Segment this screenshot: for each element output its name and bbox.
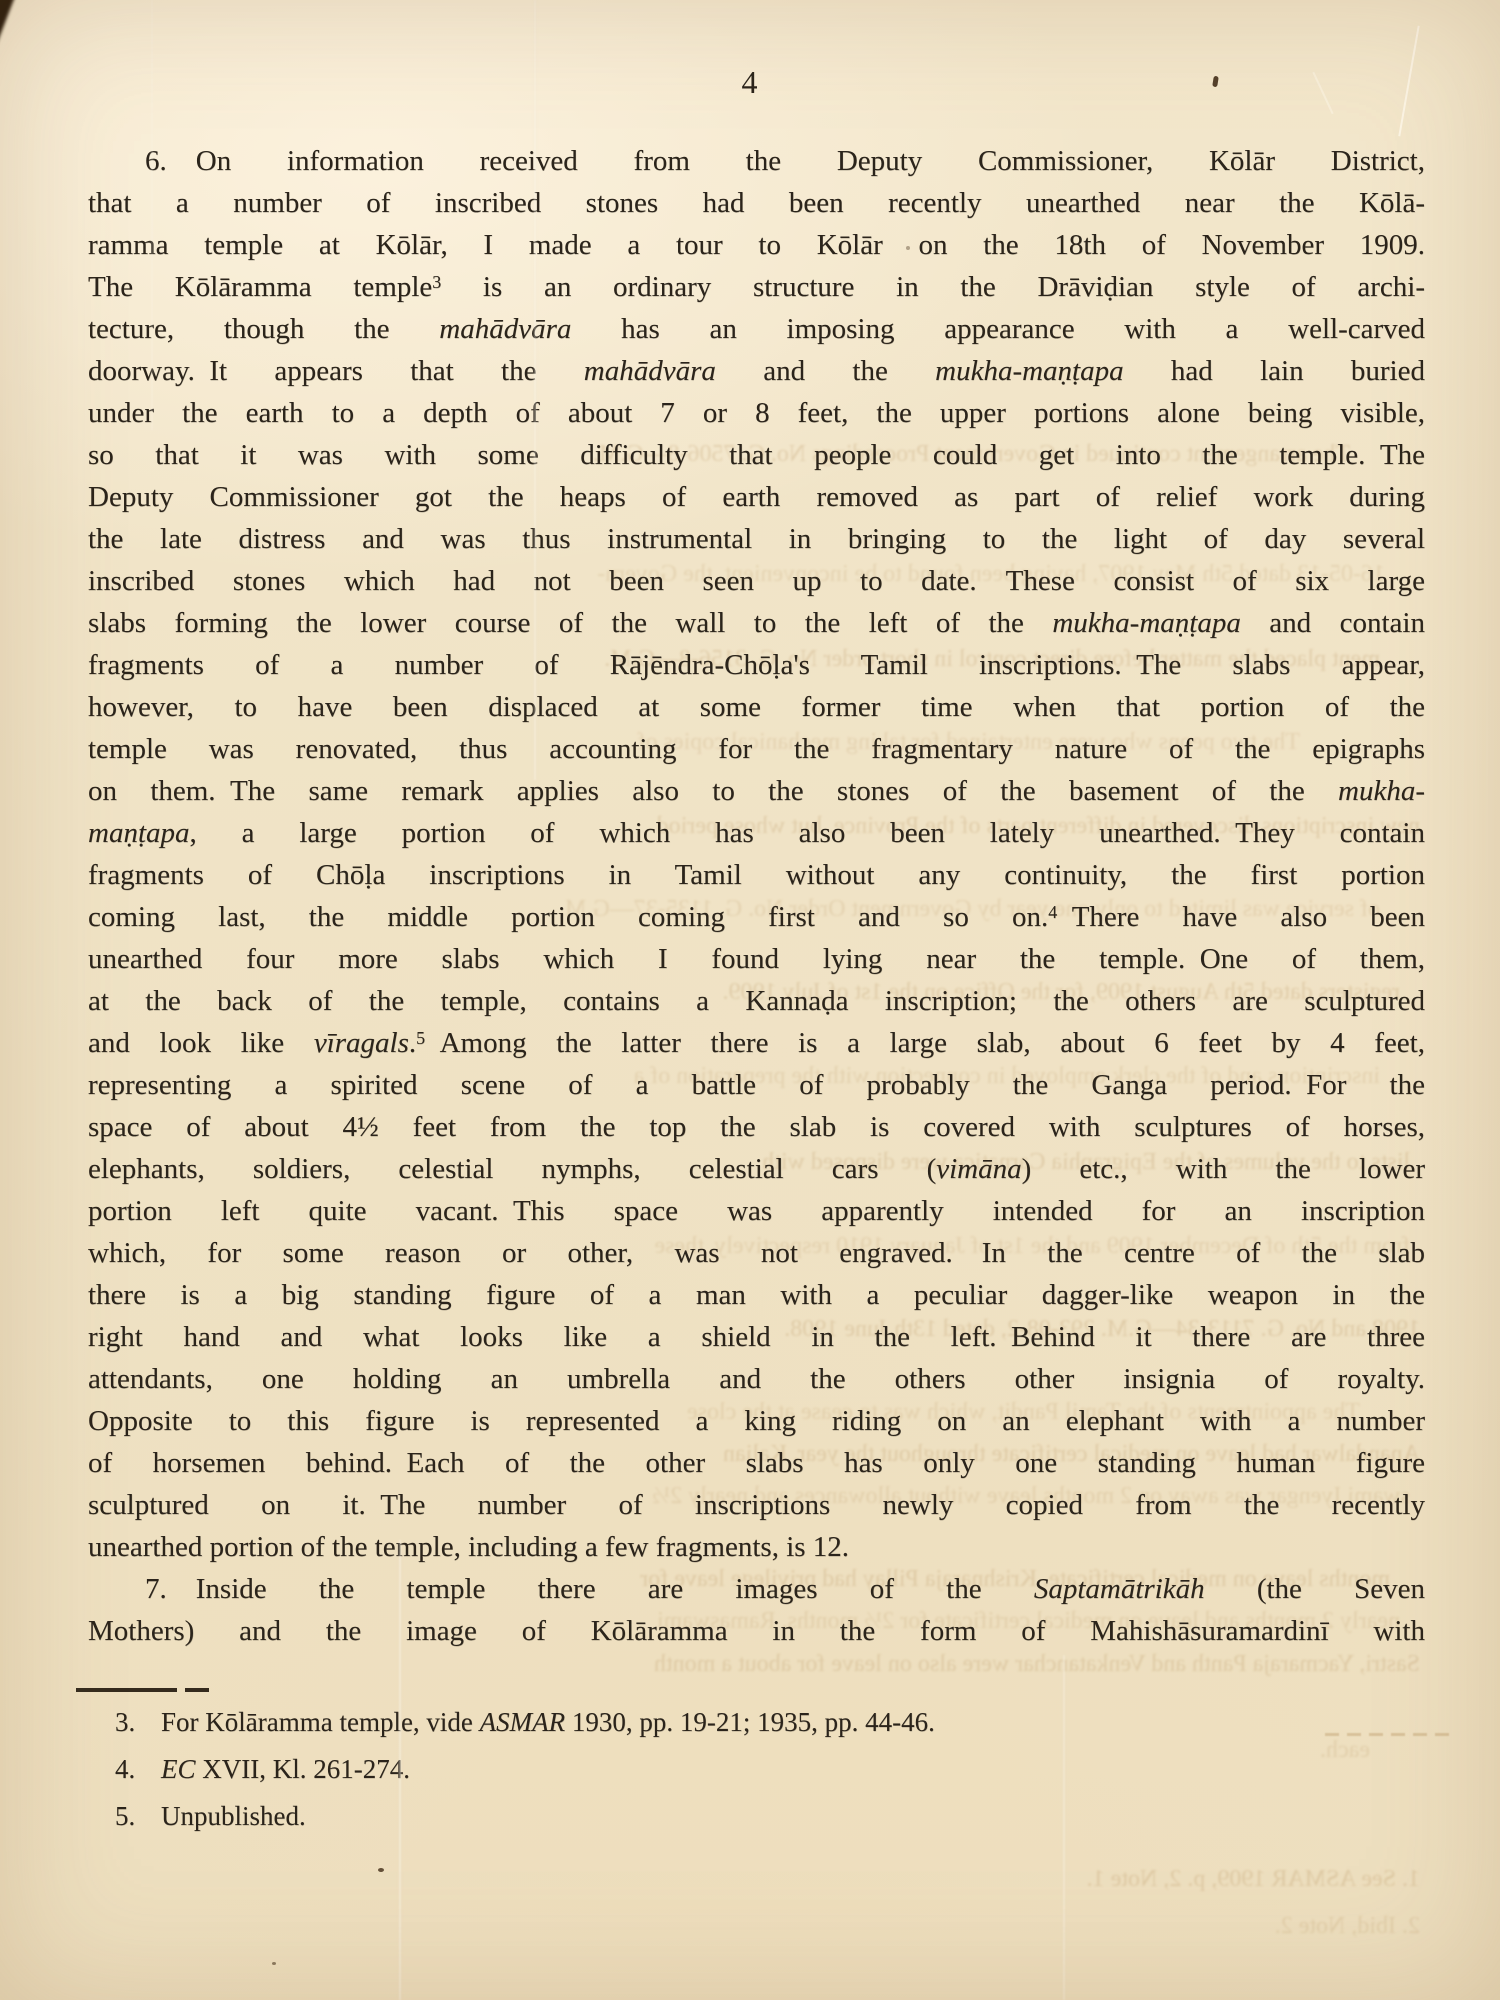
text-line: portion left quite vacant. This space wa… [88, 1190, 1425, 1232]
text-line: which, for some reason or other, was not… [88, 1232, 1425, 1274]
footnote-number: 4. [115, 1753, 161, 1786]
text-line: 7. Inside the temple there are images of… [88, 1568, 1425, 1610]
text-line: tecture, though the mahādvāra has an imp… [88, 308, 1425, 350]
footnote: 3.For Kōlāramma temple, vide ASMAR 1930,… [115, 1706, 1365, 1739]
text-line: under the earth to a depth of about 7 or… [88, 392, 1425, 434]
footnote: 4.EC XVII, Kl. 261-274. [115, 1753, 1365, 1786]
footnote-rule [76, 1688, 209, 1692]
scanned-page: The arrangement continued in Government … [0, 0, 1500, 2000]
ink-speck [378, 1868, 384, 1872]
text-line: inscribed stones which had not been seen… [88, 560, 1425, 602]
bleedthrough-text: 1. See ASMAR 1909, p. 2, Note 1. [1060, 1865, 1420, 1895]
text-line: The Kōlāramma temple3 is an ordinary str… [88, 266, 1425, 308]
text-line: space of about 4½ feet from the top the … [88, 1106, 1425, 1148]
text-line: fragments of a number of Rājēndra-Chōḷa'… [88, 644, 1425, 686]
text-line: coming last, the middle portion coming f… [88, 896, 1425, 938]
footnote-number: 5. [115, 1800, 161, 1833]
text-line: temple was renovated, thus accounting fo… [88, 728, 1425, 770]
text-line: however, to have been displaced at some … [88, 686, 1425, 728]
text-line: Deputy Commissioner got the heaps of ear… [88, 476, 1425, 518]
text-line: elephants, soldiers, celestial nymphs, c… [88, 1148, 1425, 1190]
body-text: 6. On information received from the Depu… [88, 140, 1425, 1652]
text-line: at the back of the temple, contains a Ka… [88, 980, 1425, 1022]
text-line: there is a big standing figure of a man … [88, 1274, 1425, 1316]
text-line: unearthed portion of the temple, includi… [88, 1526, 1425, 1568]
bleedthrough-text: Sastri, Yacmaraja Panth and Venkatanchar… [100, 1650, 1420, 1680]
text-line: slabs forming the lower course of the wa… [88, 602, 1425, 644]
footnote-text: Unpublished. [161, 1800, 1365, 1833]
text-line: representing a spirited scene of a battl… [88, 1064, 1425, 1106]
text-line: sculptured on it. The number of inscript… [88, 1484, 1425, 1526]
text-line: 6. On information received from the Depu… [88, 140, 1425, 182]
text-line: fragments of Chōḷa inscriptions in Tamil… [88, 854, 1425, 896]
text-line: unearthed four more slabs which I found … [88, 938, 1425, 980]
text-line: of horsemen behind. Each of the other sl… [88, 1442, 1425, 1484]
page-corner-shadow [0, 0, 16, 46]
text-line: Mothers) and the image of Kōlāramma in t… [88, 1610, 1425, 1652]
text-line: ramma temple at Kōlār, I made a tour to … [88, 224, 1425, 266]
footnote-text: EC XVII, Kl. 261-274. [161, 1753, 1365, 1786]
text-line: doorway. It appears that the mahādvāra a… [88, 350, 1425, 392]
text-line: and look like vīragals.5 Among the latte… [88, 1022, 1425, 1064]
bleedthrough-text: 2. Ibid, Note 2. [1160, 1912, 1420, 1942]
page-number: 4 [0, 64, 1500, 101]
text-line: the late distress and was thus instrumen… [88, 518, 1425, 560]
text-line: Opposite to this figure is represented a… [88, 1400, 1425, 1442]
text-line: maṇṭapa, a large portion of which has al… [88, 812, 1425, 854]
text-line: so that it was with some difficulty that… [88, 434, 1425, 476]
text-line: right hand and what looks like a shield … [88, 1316, 1425, 1358]
text-line: attendants, one holding an umbrella and … [88, 1358, 1425, 1400]
text-line: that a number of inscribed stones had be… [88, 182, 1425, 224]
footnotes: 3.For Kōlāramma temple, vide ASMAR 1930,… [115, 1706, 1365, 1847]
footnote-number: 3. [115, 1706, 161, 1739]
footnote: 5.Unpublished. [115, 1800, 1365, 1833]
ink-speck [272, 1962, 276, 1965]
text-line: on them. The same remark applies also to… [88, 770, 1425, 812]
footnote-text: For Kōlāramma temple, vide ASMAR 1930, p… [161, 1706, 1365, 1739]
